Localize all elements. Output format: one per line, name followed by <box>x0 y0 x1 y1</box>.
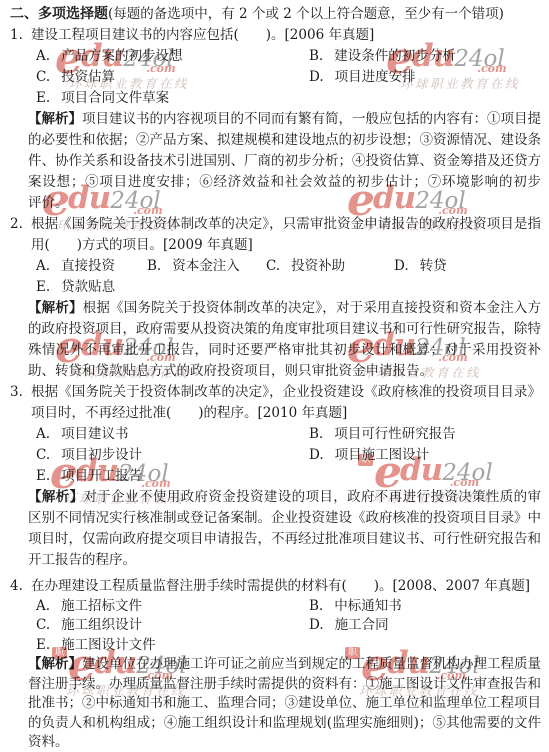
option-text: 施工招标文件 <box>61 597 142 617</box>
option-B: B.建设条件的初步分析 <box>309 46 456 67</box>
option-text: 施工组织设计 <box>61 616 142 636</box>
question-stem-line: 用( )方式的项目。[2009 年真题] <box>31 235 541 256</box>
option-A: A.施工招标文件 <box>36 597 309 617</box>
option-D: D.转贷 <box>394 256 447 277</box>
questions-list: 1.建设工程项目建议书的内容应包括( )。[2006 年真题]A.产品方案的初步… <box>10 25 541 752</box>
option-label: E. <box>36 466 50 487</box>
option-label: B. <box>309 424 323 445</box>
options-row: E.施工图设计文件 <box>36 636 541 656</box>
option-text: 项目初步设计 <box>61 445 142 466</box>
option-label: D. <box>309 616 324 636</box>
analysis-line: 【解析】对于企业不使用政府资金投资建设的项目，政府不再进行投资决策性质的审批， <box>28 487 541 508</box>
document-content: 二、多项选择题(每题的备选项中，有 2 个或 2 个以上符合题意，至少有一个错项… <box>0 0 549 752</box>
option-E: E.施工图设计文件 <box>36 636 309 656</box>
option-E: E.项目开工报告 <box>36 466 309 487</box>
option-B: B.项目可行性研究报告 <box>309 424 456 445</box>
option-E: E.项目合同文件草案 <box>36 88 309 109</box>
option-text: 施工图设计文件 <box>61 636 156 656</box>
question-stem: 根据《国务院关于投资体制改革的决定》，只需审批资金申请报告的政府投资项目是指采 <box>31 214 541 235</box>
option-label: B. <box>147 256 161 277</box>
option-label: A. <box>36 256 50 277</box>
options-row: E.贷款贴息 <box>36 277 541 298</box>
option-text: 直接投资 <box>61 256 115 277</box>
option-label: A. <box>36 46 50 67</box>
question-stem-line: 1.建设工程项目建议书的内容应包括( )。[2006 年真题] <box>10 25 541 46</box>
analysis-line: 殊情况外不再审批开工报告，同时还要严格审批其初步设计和概算；对于采用投资补 <box>28 340 541 361</box>
options-row: C.投资估算D.项目进度安排 <box>36 67 541 88</box>
option-label: B. <box>309 46 323 67</box>
option-label: C. <box>36 67 50 88</box>
option-text: 中标通知书 <box>334 597 402 617</box>
analysis-label: 【解析】 <box>28 656 82 672</box>
question-stem: 根据《国务院关于投资体制改革的决定》，企业投资建设《政府核准的投资项目目录》中 <box>31 382 541 403</box>
analysis-line: 案设想；⑤项目进度安排；⑥经济效益和社会效益的初步估计；⑦环境影响的初步 <box>28 172 541 193</box>
question-stem: 在办理建设工程质量监督注册手续时需提供的材料有( )。[2008、2007 年真… <box>31 577 541 597</box>
options-row: E.项目开工报告 <box>36 466 541 487</box>
option-text: 施工合同 <box>335 616 389 636</box>
options-row: C.施工组织设计D.施工合同 <box>36 616 541 636</box>
option-label: E. <box>36 636 50 656</box>
option-label: A. <box>36 424 50 445</box>
question: 4.在办理建设工程质量监督注册手续时需提供的材料有( )。[2008、2007 … <box>10 577 541 752</box>
option-label: E. <box>36 277 50 298</box>
option-A: A.直接投资 <box>36 256 147 277</box>
analysis-line: 资料。 <box>28 733 541 752</box>
option-text: 项目合同文件草案 <box>61 88 169 109</box>
analysis-line: 件、协作关系和设备技术引进国别、厂商的初步分析；④投资估算、资金筹措及还贷方 <box>28 151 541 172</box>
analysis-line: 区别不同情况实行核准制或登记备案制。企业投资建设《政府核准的投资项目目录》中的 <box>28 508 541 529</box>
option-A: A.产品方案的初步设想 <box>36 46 309 67</box>
option-B: B.资本金注入 <box>147 256 266 277</box>
option-text: 项目进度安排 <box>335 67 416 88</box>
analysis-line: 的必要性和依据；②产品方案、拟建规模和建设地点的初步设想；③资源情况、建设条 <box>28 130 541 151</box>
question: 2.根据《国务院关于投资体制改革的决定》，只需审批资金申请报告的政府投资项目是指… <box>10 214 541 382</box>
options-row: A.直接投资B.资本金注入C.投资补助D.转贷 <box>36 256 541 277</box>
option-text: 项目开工报告 <box>61 466 142 487</box>
section-note: (每题的备选项中，有 2 个或 2 个以上符合题意，至少有一个错项) <box>108 6 504 22</box>
options-row: A.产品方案的初步设想B.建设条件的初步分析 <box>36 46 541 67</box>
option-C: C.项目初步设计 <box>36 445 309 466</box>
analysis-line: 【解析】根据《国务院关于投资体制改革的决定》，对于采用直接投资和资本金注入方式 <box>28 298 541 319</box>
options-row: A.施工招标文件B.中标通知书 <box>36 597 541 617</box>
option-C: C.施工组织设计 <box>36 616 309 636</box>
option-label: C. <box>266 256 280 277</box>
question-stem: 建设工程项目建议书的内容应包括( )。[2006 年真题] <box>31 25 541 46</box>
option-label: C. <box>36 616 50 636</box>
option-label: B. <box>309 597 323 617</box>
option-A: A.项目建议书 <box>36 424 309 445</box>
section-title: 二、多项选择题 <box>10 6 108 22</box>
option-B: B.中标通知书 <box>309 597 402 617</box>
analysis-text: 根据《国务院关于投资体制改革的决定》，对于采用直接投资和资本金注入方式 <box>28 300 541 319</box>
option-text: 项目建议书 <box>61 424 129 445</box>
analysis-label: 【解析】 <box>28 111 82 127</box>
question-stem-line: 4.在办理建设工程质量监督注册手续时需提供的材料有( )。[2008、2007 … <box>10 577 541 597</box>
analysis-label: 【解析】 <box>28 300 83 316</box>
option-D: D.施工合同 <box>309 616 389 636</box>
option-label: C. <box>36 445 50 466</box>
analysis-text: 建设单位在办理施工许可证之前应当到规定的工程质量监督机构办理工程质量监 <box>28 656 541 675</box>
option-E: E.贷款贴息 <box>36 277 147 298</box>
option-C: C.投资估算 <box>36 67 309 88</box>
option-text: 建设条件的初步分析 <box>334 46 456 67</box>
option-text: 投资估算 <box>61 67 115 88</box>
analysis-label: 【解析】 <box>28 489 84 505</box>
option-label: A. <box>36 597 50 617</box>
option-label: D. <box>394 256 409 277</box>
analysis-line: 批准书；②中标通知书和施工、监理合同；③建设单位、施工单位和监理单位工程项目 <box>28 694 541 714</box>
analysis-line: 的政府投资项目，政府需要从投资决策的角度审批项目建议书和可行性研究报告，除特 <box>28 319 541 340</box>
question: 3.根据《国务院关于投资体制改革的决定》，企业投资建设《政府核准的投资项目目录》… <box>10 382 541 571</box>
option-C: C.投资补助 <box>266 256 394 277</box>
section-header: 二、多项选择题(每题的备选项中，有 2 个或 2 个以上符合题意，至少有一个错项… <box>10 4 541 25</box>
analysis-line: 项目时，仅需向政府提交项目申请报告，不再经过批准项目建议书、可行性研究报告和 <box>28 529 541 550</box>
document-page: edu24ol.com环球职业教育在线edu24ol.com环球职业教育在线ed… <box>0 0 549 752</box>
question-stem-line: 3.根据《国务院关于投资体制改革的决定》，企业投资建设《政府核准的投资项目目录》… <box>10 382 541 403</box>
option-label: D. <box>309 67 324 88</box>
analysis-line: 开工报告的程序。 <box>28 550 541 571</box>
question-number: 1. <box>10 25 31 46</box>
option-D: D.项目进度安排 <box>309 67 416 88</box>
analysis-line: 助、转贷和贷款贴息方式的政府投资项目，则只审批资金申请报告。 <box>28 361 541 382</box>
option-text: 项目可行性研究报告 <box>334 424 456 445</box>
analysis-text: 项目建议书的内容视项目的不同而有繁有简，一般应包括的内容有：①项目提出 <box>28 111 541 130</box>
question-number: 3. <box>10 382 31 403</box>
option-label: D. <box>309 445 324 466</box>
question: 1.建设工程项目建议书的内容应包括( )。[2006 年真题]A.产品方案的初步… <box>10 25 541 214</box>
analysis-line: 【解析】项目建议书的内容视项目的不同而有繁有简，一般应包括的内容有：①项目提出 <box>28 109 541 130</box>
analysis-text: 对于企业不使用政府资金投资建设的项目，政府不再进行投资决策性质的审批， <box>28 489 541 508</box>
analysis-line: 【解析】建设单位在办理施工许可证之前应当到规定的工程质量监督机构办理工程质量监 <box>28 655 541 675</box>
option-D: D.项目施工图设计 <box>309 445 429 466</box>
option-text: 资本金注入 <box>172 256 240 277</box>
question-stem-line: 项目时，不再经过批准( )的程序。[2010 年真题] <box>31 403 541 424</box>
options-row: A.项目建议书B.项目可行性研究报告 <box>36 424 541 445</box>
question-number: 2. <box>10 214 31 235</box>
option-text: 贷款贴息 <box>61 277 115 298</box>
analysis-line: 评价。 <box>28 193 541 214</box>
option-text: 转贷 <box>420 256 447 277</box>
option-text: 项目施工图设计 <box>335 445 430 466</box>
analysis-line: 督注册手续。办理质量监督注册手续时需提供的资料有：①施工图设计文件审查报告和 <box>28 675 541 695</box>
options-row: E.项目合同文件草案 <box>36 88 541 109</box>
option-label: E. <box>36 88 50 109</box>
option-text: 投资补助 <box>291 256 345 277</box>
analysis-line: 的负责人和机构组成；④施工组织设计和监理规划(监理实施细则)；⑤其他需要的文件 <box>28 714 541 734</box>
question-stem-line: 2.根据《国务院关于投资体制改革的决定》，只需审批资金申请报告的政府投资项目是指… <box>10 214 541 235</box>
question-number: 4. <box>10 577 31 597</box>
option-text: 产品方案的初步设想 <box>61 46 183 67</box>
options-row: C.项目初步设计D.项目施工图设计 <box>36 445 541 466</box>
